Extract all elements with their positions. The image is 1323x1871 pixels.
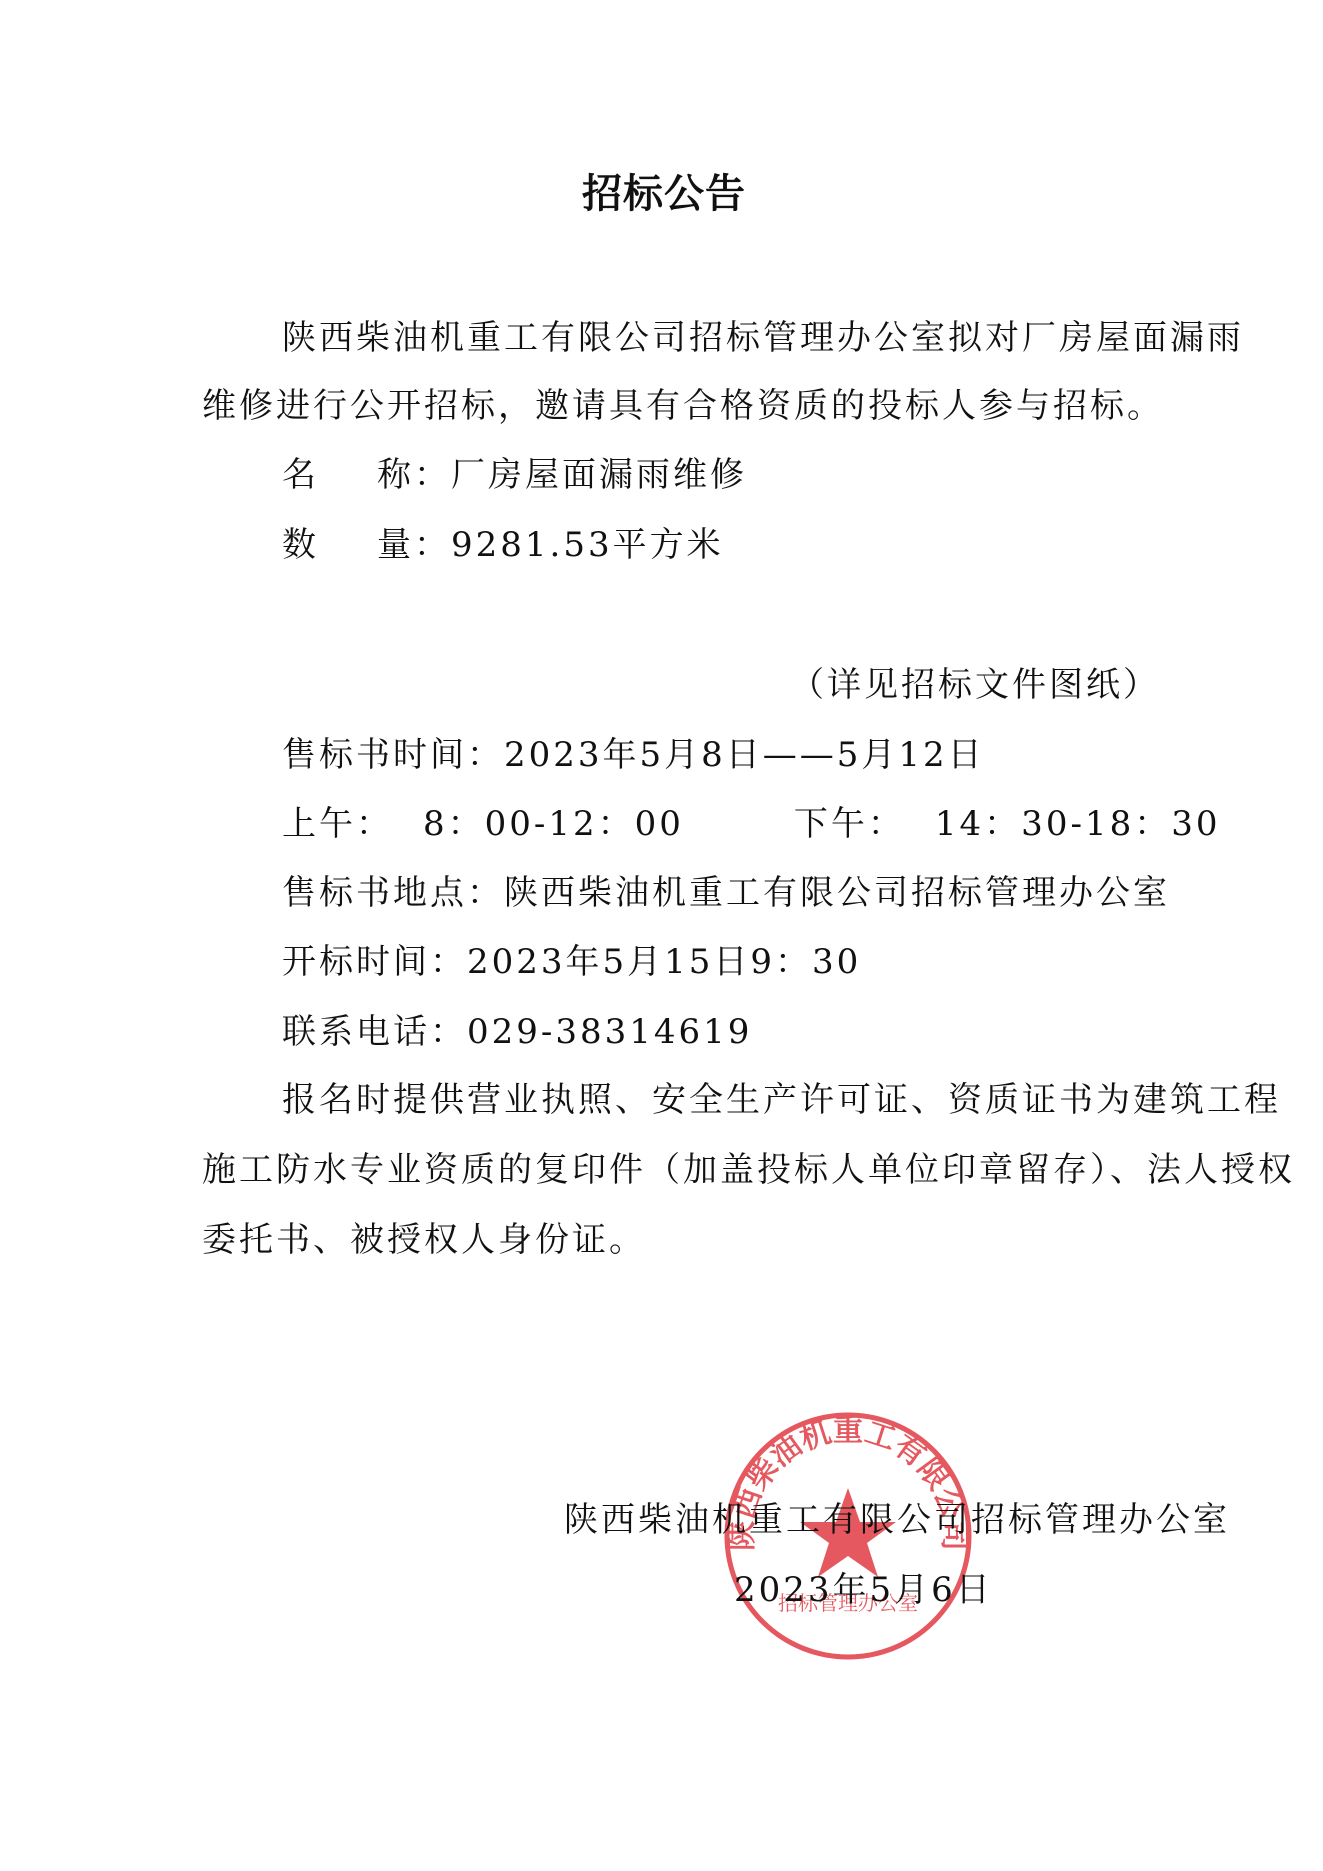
contact-phone: 联系电话：029-38314619: [282, 1012, 752, 1052]
sale-place: 售标书地点：陕西柴油机重工有限公司招标管理办公室: [282, 873, 1170, 913]
sale-hours: 上午：8：00-12：00下午：14：30-18：30: [282, 804, 1220, 844]
requirements-line-3: 委托书、被授权人身份证。: [202, 1220, 646, 1260]
pm-value: 14：30-18：30: [935, 804, 1221, 844]
field-qty-label-b: 量：: [377, 525, 451, 565]
page-title: 招标公告: [582, 170, 746, 218]
field-qty-label-a: 数: [282, 525, 319, 565]
am-label: 上午：: [282, 804, 393, 844]
pm-label: 下午：: [794, 804, 905, 844]
requirements-line-2: 施工防水专业资质的复印件（加盖投标人单位印章留存）、法人授权: [202, 1150, 1295, 1190]
field-name-label-a: 名: [282, 455, 319, 495]
signature-organization: 陕西柴油机重工有限公司招标管理办公室: [564, 1500, 1230, 1540]
field-qty-value: 9281.53平方米: [451, 525, 724, 565]
sale-time: 售标书时间：2023年5月8日——5月12日: [282, 735, 985, 775]
bid-open-time: 开标时间：2023年5月15日9：30: [282, 942, 861, 982]
intro-line-2: 维修进行公开招标，邀请具有合格资质的投标人参与招标。: [202, 386, 1164, 426]
intro-line-1: 陕西柴油机重工有限公司招标管理办公室拟对厂房屋面漏雨: [282, 318, 1244, 358]
signature-date: 2023年5月6日: [734, 1570, 993, 1610]
field-name: 名称：厂房屋面漏雨维修: [282, 455, 747, 495]
requirements-line-1: 报名时提供营业执照、安全生产许可证、资质证书为建筑工程: [282, 1080, 1281, 1120]
field-quantity: 数量：9281.53平方米: [282, 525, 724, 565]
field-name-label-b: 称：: [377, 455, 451, 495]
am-value: 8：00-12：00: [423, 804, 684, 844]
drawings-note: （详见招标文件图纸）: [790, 665, 1160, 705]
field-name-value: 厂房屋面漏雨维修: [451, 455, 747, 495]
